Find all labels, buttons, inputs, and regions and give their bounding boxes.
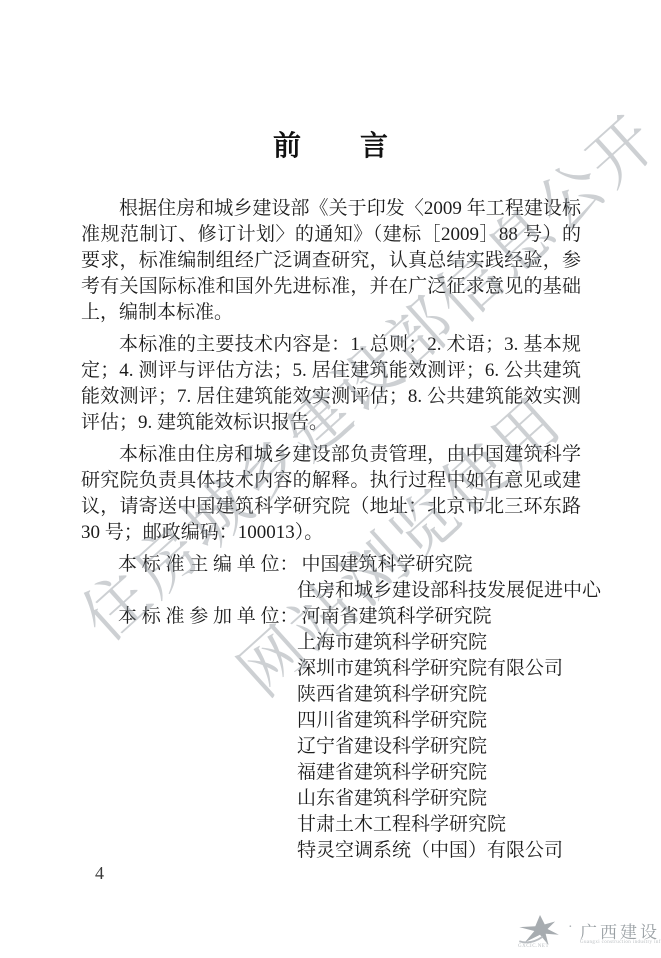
chief-editor-row: 本 标 准 主 编 单 位：中国建筑科学研究院 bbox=[81, 552, 581, 578]
document-page: 前 言 根据住房和城乡建设部《关于印发〈2009 年工程建设标准规范制订、修订计… bbox=[0, 0, 661, 958]
preface-content: 前 言 根据住房和城乡建设部《关于印发〈2009 年工程建设标准规范制订、修订计… bbox=[81, 131, 581, 864]
paragraph-contents: 本标准的主要技术内容是：1. 总则；2. 术语；3. 基本规定；4. 测评与评估… bbox=[81, 332, 581, 436]
participant-label: 本 标 准 参 加 单 位： bbox=[118, 604, 299, 630]
participant-unit: 山东省建筑科学研究院 bbox=[81, 786, 581, 812]
participant-unit: 福建省建筑科学研究院 bbox=[81, 760, 581, 786]
paragraph-basis: 根据住房和城乡建设部《关于印发〈2009 年工程建设标准规范制订、修订计划〉的通… bbox=[81, 196, 581, 326]
participant-row: 本 标 准 参 加 单 位：河南省建筑科学研究院 bbox=[81, 604, 581, 630]
participant-unit: 深圳市建筑科学研究院有限公司 bbox=[81, 656, 581, 682]
logo-star-caption: GXCIC.NET bbox=[518, 944, 549, 949]
participant-unit: 四川省建筑科学研究院 bbox=[81, 708, 581, 734]
chief-editor-label: 本 标 准 主 编 单 位： bbox=[118, 552, 299, 578]
page-number: 4 bbox=[95, 863, 104, 884]
logo-dot-icon: · bbox=[568, 920, 573, 936]
chief-editor-unit: 中国建筑科学研究院 bbox=[302, 554, 473, 575]
paragraph-management: 本标准由住房和城乡建设部负责管理，由中国建筑科学研究院负责具体技术内容的解释。执… bbox=[81, 442, 581, 546]
editing-units-section: 本 标 准 主 编 单 位：中国建筑科学研究院 住房和城乡建设部科技发展促进中心… bbox=[81, 552, 581, 864]
participant-unit: 甘肃土木工程科学研究院 bbox=[81, 812, 581, 838]
participant-unit: 陕西省建筑科学研究院 bbox=[81, 682, 581, 708]
participant-unit: 特灵空调系统（中国）有限公司 bbox=[81, 838, 581, 864]
site-logo: GXCIC.NET · 广西建设网 Guangxi construction i… bbox=[514, 912, 656, 954]
page-title: 前 言 bbox=[81, 131, 581, 163]
chief-editor-unit: 住房和城乡建设部科技发展促进中心 bbox=[81, 578, 581, 604]
logo-tagline: Guangxi construction industry informatio… bbox=[580, 940, 661, 945]
participant-unit: 辽宁省建设科学研究院 bbox=[81, 734, 581, 760]
participant-unit: 上海市建筑科学研究院 bbox=[81, 630, 581, 656]
participant-unit: 河南省建筑科学研究院 bbox=[302, 606, 492, 627]
